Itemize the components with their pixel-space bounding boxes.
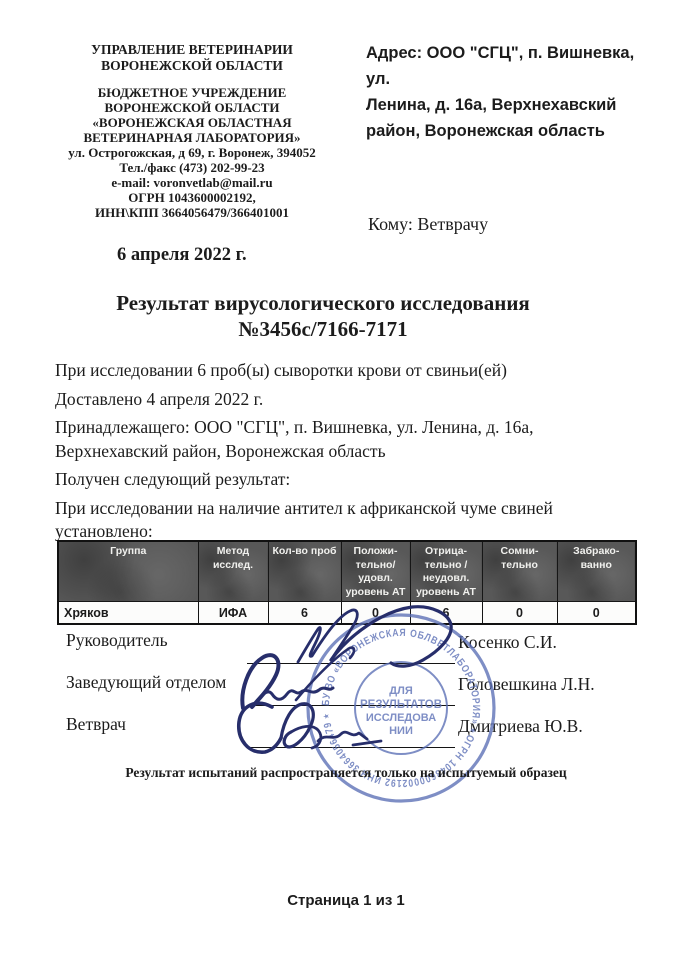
col-header-doubtful: Сомни- тельно [482, 541, 557, 602]
recipient-address: Адрес: ООО "СГЦ", п. Вишневка, ул. Ленин… [366, 40, 654, 144]
document-page: УПРАВЛЕНИЕ ВЕТЕРИНАРИИ ВОРОНЕЖСКОЙ ОБЛАС… [0, 0, 692, 968]
sender-authority: УПРАВЛЕНИЕ ВЕТЕРИНАРИИ ВОРОНЕЖСКОЙ ОБЛАС… [45, 42, 339, 73]
document-date: 6 апреля 2022 г. [117, 245, 247, 266]
body-paragraph: При исследовании 6 проб(ы) сыворотки кро… [55, 359, 645, 383]
sender-block: УПРАВЛЕНИЕ ВЕТЕРИНАРИИ ВОРОНЕЖСКОЙ ОБЛАС… [45, 42, 339, 220]
signature-stroke-director [298, 610, 357, 662]
handwritten-signatures [210, 588, 492, 782]
body-paragraph: Доставлено 4 апреля 2022 г. [55, 388, 645, 412]
sender-organization: БЮДЖЕТНОЕ УЧРЕЖДЕНИЕ ВОРОНЕЖСКОЙ ОБЛАСТИ… [45, 85, 339, 220]
body-paragraph: Принадлежащего: ООО "СГЦ", п. Вишневка, … [55, 416, 645, 463]
document-title: Результат вирусологического исследования… [20, 290, 626, 342]
col-header-rejected: Забрако- ванно [557, 541, 636, 602]
body-paragraph: При исследовании на наличие антител к аф… [55, 497, 645, 544]
body-paragraph: Получен следующий результат: [55, 468, 645, 492]
footer-note: Результат испытаний распространяется тол… [0, 765, 692, 781]
document-title-line2: №3456с/7166-7171 [20, 316, 626, 342]
col-header-group: Группа [58, 541, 198, 602]
cell-group: Хряков [58, 602, 198, 625]
signature-stroke-head [242, 655, 278, 708]
document-title-line1: Результат вирусологического исследования [20, 290, 626, 316]
signature-role-head: Заведующий отделом [66, 672, 226, 693]
cell-rejected: 0 [557, 602, 636, 625]
page-number: Страница 1 из 1 [0, 892, 692, 909]
signature-role-vet: Ветврач [66, 714, 126, 735]
body-text: При исследовании 6 проб(ы) сыворотки кро… [55, 359, 645, 549]
recipient-to: Кому: Ветврачу [368, 214, 488, 235]
signature-stroke-head [296, 648, 354, 700]
signature-stroke-vet [318, 732, 367, 741]
signature-stroke-vet [353, 741, 381, 745]
signature-role-director: Руководитель [66, 630, 168, 651]
signature-stroke-vet [239, 703, 281, 752]
